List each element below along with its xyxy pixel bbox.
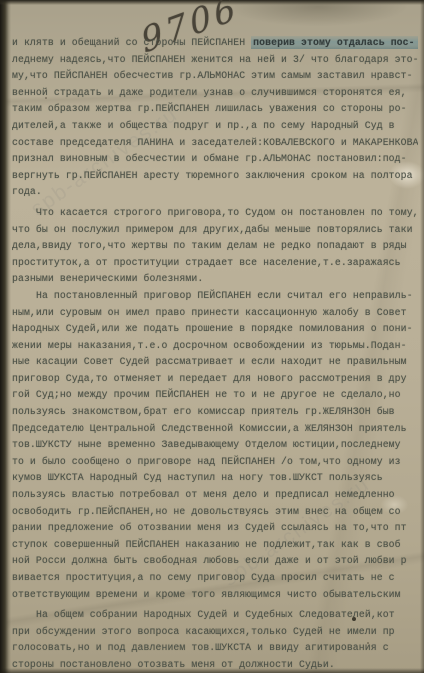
typewritten-line: Председателю Центральной Следственной Ко…	[12, 421, 418, 438]
typewritten-line: признал виновным в обесчестии и обмане г…	[12, 151, 418, 168]
typewritten-line: На общем собрании Народных Судей и Судеб…	[12, 607, 418, 624]
typewritten-line: дителей,а также и общества подруг и пр.,…	[12, 118, 418, 135]
typewritten-line: рании предложение об отозвании меня из С…	[12, 520, 418, 537]
typewritten-line: приговор Суда,то отменяет и передает для…	[12, 371, 418, 388]
typewritten-line: вивается проституция,а по сему приговор …	[12, 570, 418, 587]
typewritten-line: голосовать,но и под давлением тов.ШУКСТА…	[12, 640, 418, 657]
typewritten-line: ступок совершенный ПЕЙСПАНЕН наказанию н…	[12, 537, 418, 554]
typewritten-line: ным,или суровым он имел право принести к…	[12, 305, 418, 322]
typewritten-line: Что касается строгого приговора,то Судом…	[12, 205, 418, 222]
typewritten-line: года.	[12, 184, 418, 201]
typewritten-line: и клятв и обещаний со стороны ПЕЙСПАНЕН …	[12, 35, 418, 52]
typewritten-line: стороны постановлено отозвать меня от до…	[12, 657, 418, 673]
typewritten-line: ные касации Совет Судей рассматривает и …	[12, 354, 418, 371]
typewritten-line: что бы он послужил примером для других,д…	[12, 222, 418, 239]
typewritten-line: му,что ПЕЙСПАНЕН обесчестив гр.АЛЬМОНАС …	[12, 68, 418, 85]
line-start: и клятв и обещаний со стороны ПЕЙСПАНЕН	[12, 37, 251, 48]
typewritten-line: освободить гр.ПЕЙСПАНЕН,но не довольству…	[12, 504, 418, 521]
typewritten-line: гой Суд;но между прочим ПЕЙСПАНЕН не то …	[12, 387, 418, 404]
typewritten-line: проституток,а от проституции страдает вс…	[12, 255, 418, 272]
typewritten-line: На постановленный приговор ПЕЙСПАНЕН есл…	[12, 288, 418, 305]
highlighted-text: поверив этому отдалась пос-	[251, 36, 418, 49]
typewritten-line: венной страдать и даже родители узнав о …	[12, 85, 418, 102]
typewritten-text: и клятв и обещаний со стороны ПЕЙСПАНЕН …	[0, 0, 424, 673]
typewritten-line: кумов ШУКСТА Народный Суд наступил на но…	[12, 470, 418, 487]
typewritten-line: таким образом жертва гр.ПЕЙСПАНЕН лишила…	[12, 101, 418, 118]
typewritten-line: составе председателя ПАНИНА и заседателе…	[12, 135, 418, 152]
typewritten-line: пользуясь знакомством,брат его комиссар …	[12, 404, 418, 421]
typewritten-line: разными венерическими болезнями.	[12, 271, 418, 288]
typewritten-line: Народных Судей,или же подать прошение в …	[12, 321, 418, 338]
typewritten-line: дела,ввиду того,что жертвы по таким дела…	[12, 238, 418, 255]
typewritten-line: ответствующим времени и кроме того являю…	[12, 587, 418, 604]
document-scan: spb-archives.ru spb-archives.ru 9706 и к…	[0, 0, 424, 673]
typewritten-line: пользуясь властью потребовал от меня дел…	[12, 487, 418, 504]
typewritten-line: вергнуть гр.ПЕЙСПАНЕН аресту тюремного з…	[12, 168, 418, 185]
typewritten-line: ной Росси должна быть свободная любовь е…	[12, 553, 418, 570]
typewritten-line: при обсуждении этого вопроса касающихся,…	[12, 624, 418, 641]
typewritten-line: леднему надеясь,что ПЕЙСПАНЕН женится на…	[12, 52, 418, 69]
typewritten-line: тов.ШУКСТУ ныне временно Заведывающему О…	[12, 437, 418, 454]
typewritten-line: жении меры наказания,т.е.о досрочном осв…	[12, 338, 418, 355]
typewritten-line: то и было сообщено о приговоре над ПЕЙСП…	[12, 454, 418, 471]
